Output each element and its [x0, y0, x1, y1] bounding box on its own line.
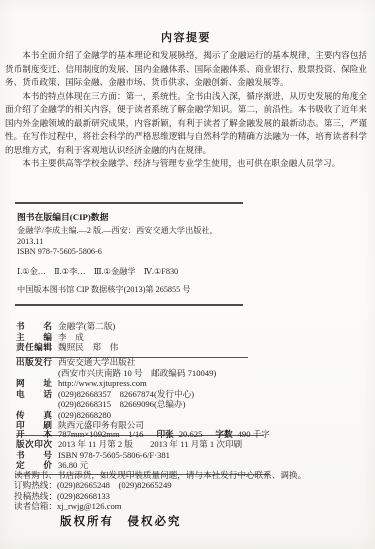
cip-block: 图书在版编目(CIP)数据 金融学/李成主编.—2 版.—西安：西安交通大学出版… — [15, 202, 243, 306]
sheet-size-value: 787mm×1092mm 1/16 — [58, 429, 144, 439]
publisher-row: 出版发行 西安交通大学出版社 — [16, 357, 264, 368]
responsible-editor-row: 责任编辑 魏照民 郑 伟 — [16, 342, 248, 353]
responsible-editor-value: 魏照民 郑 伟 — [58, 342, 118, 353]
book-title-row: 书名 金融学(第二版) — [16, 321, 248, 332]
price-value: 36.80 元 — [58, 460, 88, 470]
printed-sheets-label: 印张 — [157, 429, 174, 439]
copyright-statement: 版权所有 侵权必究 — [60, 513, 359, 529]
price-label: 定价 — [16, 460, 52, 470]
fax-row: 传真 (029)82668280 — [16, 410, 264, 421]
word-count-label: 字数 — [215, 429, 232, 439]
publisher-value: 西安交通大学出版社 — [58, 357, 135, 368]
word-count-value: 490 千字 — [238, 429, 270, 439]
format-info: 开本 787mm×1092mm 1/16 印张 20.625 字数 490 千字… — [16, 429, 270, 475]
sheet-size-row: 开本 787mm×1092mm 1/16 印张 20.625 字数 490 千字 — [16, 429, 270, 439]
fax-label: 传真 — [16, 410, 52, 421]
phone-value-1: (029)82668357 82667874(发行中心) — [58, 389, 194, 400]
book-number-label: 书号 — [16, 450, 52, 460]
copyright-page: 内容提要 本书全面介绍了金融学的基本理论和发展脉络，揭示了金融运行的基本规律，主… — [0, 0, 375, 549]
content-summary: 内容提要 本书全面介绍了金融学的基本理论和发展脉络，揭示了金融运行的基本规律，主… — [5, 29, 367, 171]
publisher-address-row: (西安市兴庆南路 10 号 邮政编码 710049) — [16, 368, 264, 379]
cip-isbn-line: ISBN 978-7-5605-5806-6 — [17, 247, 243, 258]
book-number-row: 书号 ISBN 978-7-5605-5806-6/F·381 — [16, 450, 270, 460]
quality-notice-line: 读者购书、书店添货，如发现印装质量问题，请与本社发行中心联系、调换。 — [14, 470, 359, 480]
book-info: 书名 金融学(第二版) 主编 李 成 责任编辑 魏照民 郑 伟 — [16, 321, 248, 358]
printed-sheets-value: 20.625 — [179, 429, 203, 439]
website-label: 网址 — [16, 378, 52, 389]
publisher-address-value: (西安市兴庆南路 10 号 邮政编码 710049) — [58, 368, 216, 379]
order-hotline: 订购热线：(029)82665248 (029)82665249 — [14, 480, 359, 490]
book-title-value: 金融学(第二版) — [58, 321, 115, 332]
publication-info: 出版发行 西安交通大学出版社 (西安市兴庆南路 10 号 邮政编码 710049… — [16, 357, 264, 436]
edition-label: 版次印次 — [16, 439, 52, 449]
phone-row-2: (029)82668315 82669096(总编办) — [16, 399, 264, 410]
book-number-value: ISBN 978-7-5605-5806-6/F·381 — [58, 450, 170, 460]
website-value: http://www.xjtupress.com — [58, 378, 147, 389]
website-row: 网址 http://www.xjtupress.com — [16, 378, 264, 389]
summary-paragraph: 本书主要供高等学校金融学、经济与管理专业学生使用，也可供在职金融人员学习。 — [5, 157, 367, 171]
cip-classification-line: Ⅰ.①金… Ⅱ.①李… Ⅲ.①金融学 Ⅳ.①F830 — [17, 267, 243, 278]
responsible-editor-label: 责任编辑 — [16, 342, 52, 353]
edition-value: 2013 年 11 月第 2 版 2013 年 11 月第 1 次印刷 — [58, 439, 242, 449]
reader-email: 读者信箱：xj_rwjg@126.com — [14, 501, 359, 511]
chief-editor-row: 主编 李 成 — [16, 332, 248, 343]
price-row: 定价 36.80 元 — [16, 460, 270, 470]
submission-hotline: 投稿热线：(029)82668133 — [14, 491, 359, 501]
phone-row: 电话 (029)82668357 82667874(发行中心) — [16, 389, 264, 400]
phone-value-2: (029)82668315 82669096(总编办) — [58, 399, 185, 410]
sheet-size-label: 开本 — [16, 429, 52, 439]
book-title-label: 书名 — [16, 321, 52, 332]
publisher-label: 出版发行 — [16, 357, 52, 368]
cip-title-line: 金融学/李成主编.—2 版.—西安：西安交通大学出版社，2013.11 — [17, 226, 243, 247]
cip-record-line: 中国版本图书馆 CIP 数据核字(2013)第 265855 号 — [17, 285, 243, 296]
cip-heading: 图书在版编目(CIP)数据 — [17, 210, 243, 223]
chief-editor-value: 李 成 — [58, 332, 84, 343]
edition-row: 版次印次 2013 年 11 月第 2 版 2013 年 11 月第 1 次印刷 — [16, 439, 270, 449]
chief-editor-label: 主编 — [16, 332, 52, 343]
fax-value: (029)82668280 — [58, 410, 111, 421]
summary-title: 内容提要 — [5, 29, 367, 45]
summary-paragraph: 本书的特点体现在三方面：第一，系统性。全书由浅入深，循序渐进，从历史发展的角度全… — [5, 90, 367, 158]
phone-label: 电话 — [16, 389, 52, 400]
reader-notice: 读者购书、书店添货，如发现印装质量问题，请与本社发行中心联系、调换。 订购热线：… — [14, 470, 359, 529]
summary-paragraph: 本书全面介绍了金融学的基本理论和发展脉络，揭示了金融运行的基本规律，主要内容包括… — [5, 49, 367, 90]
